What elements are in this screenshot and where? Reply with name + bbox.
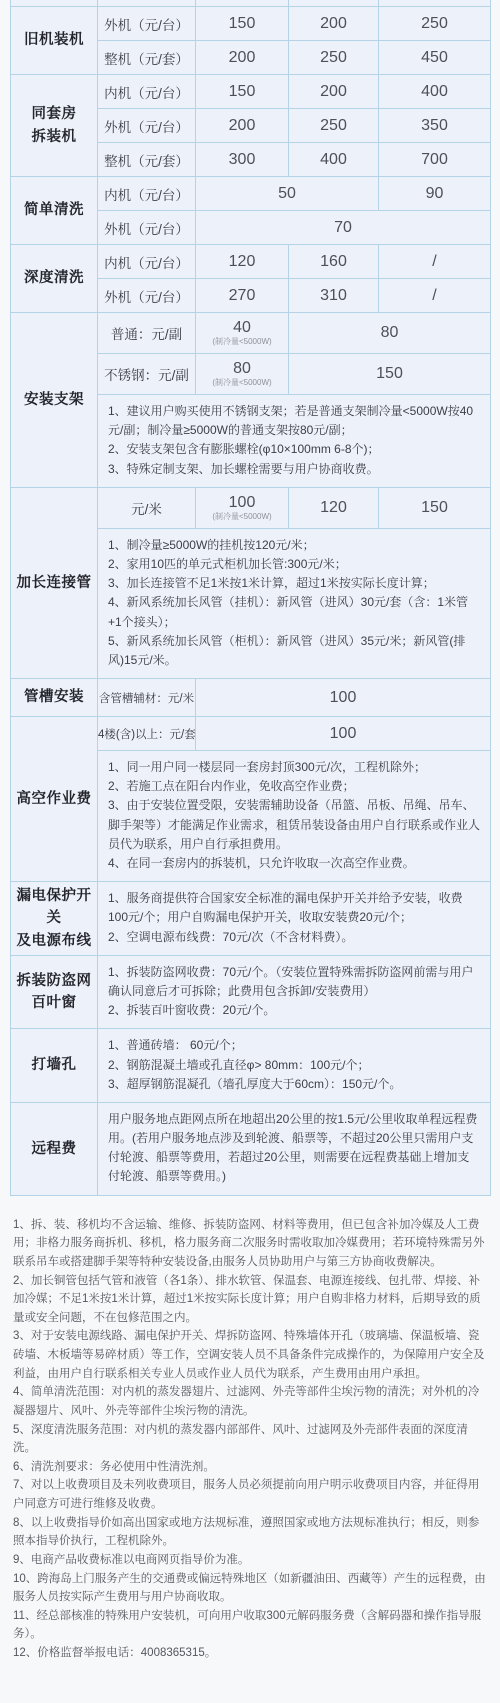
- row-header: 外机（元/台）: [98, 211, 196, 245]
- footnote: 1、拆、装、移机均不含运输、维修、拆装防盗网、材料等费用，但已包含补加冷媒及人工…: [13, 1216, 487, 1272]
- price-value: 270: [196, 279, 289, 313]
- section-notes: 1、服务商提供符合国家安全标准的漏电保护开关并给予安装，收费100元/个；用户自…: [98, 882, 491, 956]
- price-value: 50: [196, 177, 379, 211]
- section-label: 安装支架: [11, 313, 98, 488]
- section-label: 漏电保护开关 及电源布线: [11, 882, 98, 956]
- row-header: 整机（元/套）: [98, 143, 196, 177]
- price-number: 80: [196, 360, 288, 378]
- footnote: 2、加长铜管包括气管和液管（各1条）、排水软管、保温套、电源连接线、包扎带、焊接…: [13, 1272, 487, 1328]
- table-row: 同套房 拆装机 内机（元/台） 150 200 400: [11, 75, 491, 109]
- price-value: 250: [379, 7, 491, 41]
- price-value: 700: [379, 143, 491, 177]
- note-line: 2、钢筋混凝土墙或孔直径φ> 80mm：100元/个；: [108, 1056, 480, 1075]
- note-line: 3、超厚钢筋混凝孔（墙孔厚度大于60cm）：150元/个。: [108, 1075, 480, 1094]
- note-line: 1、建议用户购买使用不锈钢支架；若是普通支架制冷量<5000W按40元/副；制冷…: [108, 402, 480, 440]
- price-value: 300: [196, 143, 289, 177]
- section-notes: 1、建议用户购买使用不锈钢支架；若是普通支架制冷量<5000W按40元/副；制冷…: [98, 395, 491, 488]
- table-row: 安装支架 普通：元/副 40 (制冷量<5000W) 80: [11, 313, 491, 354]
- section-notes: 1、拆装防盗网收费：70元/个。（安装位置特殊需拆防盗网前需与用户确认同意后才可…: [98, 955, 491, 1029]
- footnote: 6、清洗剂要求：务必使用中性清洗剂。: [13, 1458, 487, 1477]
- table-row: 简单清洗 内机（元/台） 50 90: [11, 177, 491, 211]
- price-value: 100: [196, 679, 491, 717]
- price-value: 150: [196, 75, 289, 109]
- footnote: 9、电商产品收费标准以电商网页指导价为准。: [13, 1551, 487, 1570]
- capacity-note: (制冷量<5000W): [196, 512, 288, 522]
- row-header: 外机（元/台）: [98, 7, 196, 41]
- section-label: 打墙孔: [11, 1029, 98, 1103]
- section-notes: 1、制冷量≥5000W的挂机按120元/米； 2、家用10匹的单元式柜机加长管:…: [98, 528, 491, 678]
- footnote: 12、价格监督举报电话：4008365315。: [13, 1644, 487, 1663]
- section-label: 高空作业费: [11, 717, 98, 882]
- row-header: 外机（元/台）: [98, 279, 196, 313]
- table-row: 拆装防盗网 百叶窗 1、拆装防盗网收费：70元/个。（安装位置特殊需拆防盗网前需…: [11, 955, 491, 1029]
- row-header: 内机（元/台）: [98, 75, 196, 109]
- price-value: 120: [196, 245, 289, 279]
- price-value: 90: [379, 177, 491, 211]
- section-label: 简单清洗: [11, 177, 98, 245]
- price-value: 150: [379, 487, 491, 528]
- price-value: 400: [289, 143, 379, 177]
- section-label: 旧机装机: [11, 7, 98, 75]
- price-value: 150: [289, 354, 491, 395]
- price-number: 100: [196, 494, 288, 512]
- price-value: 200: [289, 7, 379, 41]
- note-line: 3、特殊定制支架、加长螺栓需要与用户协商收费。: [108, 460, 480, 479]
- price-value: 80: [289, 313, 491, 354]
- note-line: 2、若施工点在阳台内作业，免收高空作业费；: [108, 777, 480, 796]
- footnote: 4、简单清洗范围：对内机的蒸发器翅片、过滤网、外壳等部件尘埃污物的清洗；对外机的…: [13, 1383, 487, 1420]
- price-value: 100: [196, 717, 491, 751]
- price-value: 100 (制冷量<5000W): [196, 487, 289, 528]
- section-notes: 1、普通砖墙： 60元/个； 2、钢筋混凝土墙或孔直径φ> 80mm：100元/…: [98, 1029, 491, 1103]
- note-line: 4、在同一套房内的拆装机，只允许收取一次高空作业费。: [108, 854, 480, 873]
- section-label: 拆装防盗网 百叶窗: [11, 955, 98, 1029]
- note-line: 2、家用10匹的单元式柜机加长管:300元/米；: [108, 555, 480, 574]
- table-row: 管槽安装 含管槽辅材：元/米 100: [11, 679, 491, 717]
- table-row: 漏电保护开关 及电源布线 1、服务商提供符合国家安全标准的漏电保护开关并给予安装…: [11, 882, 491, 956]
- price-value: 400: [379, 75, 491, 109]
- price-value: 70: [196, 211, 491, 245]
- row-header: 元/米: [98, 487, 196, 528]
- price-value: /: [379, 279, 491, 313]
- price-number: 40: [196, 319, 288, 337]
- footnotes: 1、拆、装、移机均不含运输、维修、拆装防盗网、材料等费用，但已包含补加冷媒及人工…: [0, 1196, 500, 1703]
- section-label: 远程费: [11, 1102, 98, 1195]
- row-header: 内机（元/台）: [98, 245, 196, 279]
- section-label: 管槽安装: [11, 679, 98, 717]
- price-value: 310: [289, 279, 379, 313]
- price-value: 200: [196, 41, 289, 75]
- row-header: 外机（元/台）: [98, 109, 196, 143]
- note-line: 1、同一用户同一楼层同一套房封顶300元/次，工程机除外；: [108, 758, 480, 777]
- price-value: 150: [196, 7, 289, 41]
- price-value: 200: [289, 75, 379, 109]
- price-value: 40 (制冷量<5000W): [196, 313, 289, 354]
- section-label: 加长连接管: [11, 487, 98, 678]
- row-header: 整机（元/套）: [98, 41, 196, 75]
- price-value: 250: [289, 109, 379, 143]
- note-line: 2、空调电源布线费：70元/次（不含材料费）。: [108, 928, 480, 947]
- price-value: 120: [289, 487, 379, 528]
- pricing-table: 旧机装机 外机（元/台） 150 200 250 整机（元/套） 200 250…: [10, 0, 491, 1196]
- price-value: 350: [379, 109, 491, 143]
- note-line: 5、新风系统加长风管（柜机）：新风管（进风）35元/米；新风管(排风)15元/米…: [108, 632, 480, 670]
- table-row: 远程费 用户服务地点距网点所在地超出20公里的按1.5元/公里收取单程远程费用。…: [11, 1102, 491, 1195]
- table-row: 深度清洗 内机（元/台） 120 160 /: [11, 245, 491, 279]
- price-value: 450: [379, 41, 491, 75]
- note-line: 1、拆装防盗网收费：70元/个。（安装位置特殊需拆防盗网前需与用户确认同意后才可…: [108, 963, 480, 1001]
- price-value: 80 (制冷量<5000W): [196, 354, 289, 395]
- note-line: 1、服务商提供符合国家安全标准的漏电保护开关并给予安装，收费100元/个；用户自…: [108, 889, 480, 927]
- section-notes: 1、同一用户同一楼层同一套房封顶300元/次，工程机除外； 2、若施工点在阳台内…: [98, 751, 491, 882]
- row-header: 含管槽辅材：元/米: [98, 679, 196, 717]
- table-row: 旧机装机 外机（元/台） 150 200 250: [11, 7, 491, 41]
- note-line: 3、由于安装位置受限，安装需辅助设备（吊篮、吊板、吊绳、吊车、脚手架等）才能满足…: [108, 796, 480, 854]
- footnote: 3、对于安装电源线路、漏电保护开关、焊拆防盗网、特殊墙体开孔（玻璃墙、保温板墙、…: [13, 1327, 487, 1383]
- section-label: 同套房 拆装机: [11, 75, 98, 177]
- row-header: 不锈钢：元/副: [98, 354, 196, 395]
- section-label: 深度清洗: [11, 245, 98, 313]
- price-value: 200: [196, 109, 289, 143]
- note-line: 用户服务地点距网点所在地超出20公里的按1.5元/公里收取单程远程费用。(若用户…: [108, 1110, 480, 1187]
- footnote: 5、深度清洗服务范围：对内机的蒸发器内部部件、风叶、过滤网及外壳部件表面的深度清…: [13, 1421, 487, 1458]
- table-row: 打墙孔 1、普通砖墙： 60元/个； 2、钢筋混凝土墙或孔直径φ> 80mm：1…: [11, 1029, 491, 1103]
- table-row: 加长连接管 元/米 100 (制冷量<5000W) 120 150: [11, 487, 491, 528]
- price-value: 160: [289, 245, 379, 279]
- capacity-note: (制冷量<5000W): [196, 337, 288, 347]
- price-value: 250: [289, 41, 379, 75]
- table-row: 高空作业费 4楼(含)以上：元/套 100: [11, 717, 491, 751]
- note-line: 1、普通砖墙： 60元/个；: [108, 1036, 480, 1055]
- footnote: 7、对以上收费项目及未列收费项目，服务人员必须提前向用户明示收费项目内容，并征得…: [13, 1476, 487, 1513]
- row-header: 内机（元/台）: [98, 177, 196, 211]
- section-notes: 用户服务地点距网点所在地超出20公里的按1.5元/公里收取单程远程费用。(若用户…: [98, 1102, 491, 1195]
- note-line: 1、制冷量≥5000W的挂机按120元/米；: [108, 536, 480, 555]
- note-line: 2、拆装百叶窗收费：20元/个。: [108, 1001, 480, 1020]
- row-header: 普通：元/副: [98, 313, 196, 354]
- footnote: 8、以上收费指导价如高出国家或地方法规标准，遵照国家或地方法规标准执行；相反，则…: [13, 1514, 487, 1551]
- footnote: 11、经总部核准的特殊用户安装机，可向用户收取300元解码服务费（含解码器和操作…: [13, 1607, 487, 1644]
- note-line: 3、加长连接管不足1米按1米计算，超过1米按实际长度计算；: [108, 574, 480, 593]
- note-line: 4、新风系统加长风管（挂机）：新风管（进风）30元/套（含：1米管+1个接头）；: [108, 593, 480, 631]
- note-line: 2、安装支架包含有膨胀螺栓(φ10×100mm 6-8个)；: [108, 440, 480, 459]
- capacity-note: (制冷量<5000W): [196, 378, 288, 388]
- row-header: 4楼(含)以上：元/套: [98, 717, 196, 751]
- price-value: /: [379, 245, 491, 279]
- footnote: 10、跨海岛上门服务产生的交通费或偏远特殊地区（如新疆油田、西藏等）产生的远程费…: [13, 1570, 487, 1607]
